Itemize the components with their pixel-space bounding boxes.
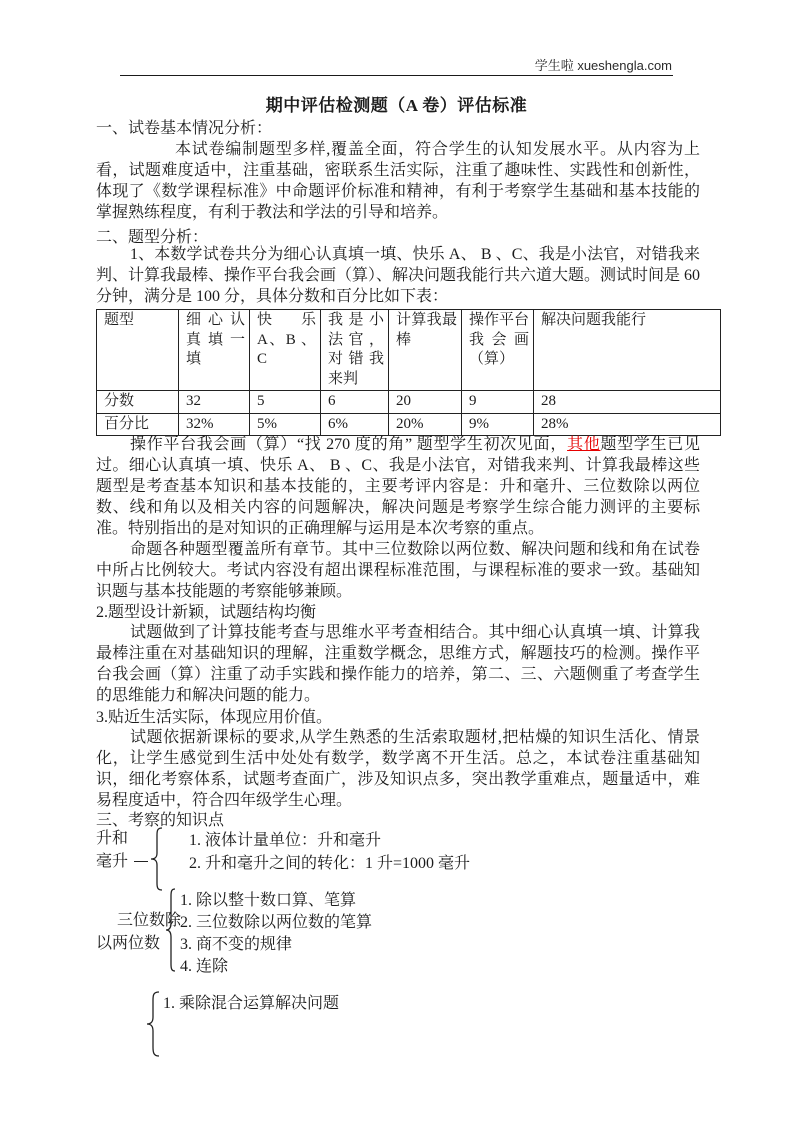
table-cell: 32 — [179, 391, 250, 414]
document-page: 学生啦 xueshengla.com 期中评估检测题（A 卷）评估标准 一、试卷… — [0, 0, 793, 1122]
brace-icon — [148, 827, 165, 891]
doc-title: 期中评估检测题（A 卷）评估标准 — [0, 91, 793, 116]
paragraph-new-type: 操作平台我会画（算）“找 270 度的角” 题型学生初次见面，其他题型学生已见过… — [96, 434, 700, 539]
knowledge-item: 1. 乘除混合运算解决问题 — [163, 994, 339, 1014]
knowledge-item: 4. 连除 — [180, 957, 228, 977]
table-cell: 20% — [389, 413, 462, 436]
table-row: 百分比 32% 5% 6% 20% 9% 28% — [97, 413, 721, 436]
connector-line — [134, 861, 148, 862]
table-cell: 5 — [250, 391, 321, 414]
score-table: 题型 细心认真填一填 快乐 A、B 、C 我是小法官，对错我来判 计算我最棒 操… — [96, 309, 721, 436]
table-cell: 20 — [389, 391, 462, 414]
knowledge-item: 1. 液体计量单位：升和毫升 — [189, 831, 381, 851]
brace-icon — [143, 991, 162, 1057]
highlighted-text: 其他 — [567, 436, 600, 453]
table-header-cell: 题型 — [97, 310, 179, 391]
subheading-life: 3.贴近生活实际，体现应用价值。 — [96, 707, 700, 728]
table-cell: 32% — [179, 413, 250, 436]
site-watermark: 学生啦 xueshengla.com — [0, 55, 672, 74]
table-cell: 5% — [250, 413, 321, 436]
knowledge-label: 升和 — [96, 829, 128, 849]
paragraph-coverage: 命题各种题型覆盖所有章节。其中三位数除以两位数、解决问题和线和角在试卷中所占比例… — [96, 539, 700, 602]
row-label: 百分比 — [97, 413, 179, 436]
table-header-cell: 操作平台我会画（算） — [462, 310, 534, 391]
table-cell: 6 — [321, 391, 389, 414]
table-cell: 28 — [534, 391, 721, 414]
header-rule — [120, 75, 673, 76]
paragraph-structure: 1、本数学试卷共分为细心认真填一填、快乐 A、 B 、C、我是小法官，对错我来判… — [96, 244, 700, 307]
knowledge-item: 3. 商不变的规律 — [180, 935, 292, 955]
section-heading-1: 一、试卷基本情况分析： — [96, 118, 700, 139]
table-header-cell: 计算我最棒 — [389, 310, 462, 391]
knowledge-item: 2. 升和毫升之间的转化：1 升=1000 毫升 — [189, 854, 470, 874]
paragraph-life: 试题依据新课标的要求,从学生熟悉的生活索取题材,把枯燥的知识生活化、情景化，让学… — [96, 727, 700, 811]
subheading-design: 2.题型设计新颖，试题结构均衡 — [96, 602, 700, 623]
table-cell: 6% — [321, 413, 389, 436]
table-header-cell: 解决问题我能行 — [534, 310, 721, 391]
knowledge-item: 2. 三位数除以两位数的笔算 — [180, 913, 372, 933]
text-segment: 操作平台我会画（算）“找 270 度的角” 题型学生初次见面， — [130, 436, 567, 453]
table-row: 分数 32 5 6 20 9 28 — [97, 391, 721, 414]
table-header-row: 题型 细心认真填一填 快乐 A、B 、C 我是小法官，对错我来判 计算我最棒 操… — [97, 310, 721, 391]
table-header-cell: 快乐 A、B 、C — [250, 310, 321, 391]
table-header-cell: 我是小法官，对错我来判 — [321, 310, 389, 391]
row-label: 分数 — [97, 391, 179, 414]
table-header-cell: 细心认真填一填 — [179, 310, 250, 391]
table-cell: 9 — [462, 391, 534, 414]
knowledge-item: 1. 除以整十数口算、笔算 — [180, 891, 356, 911]
knowledge-label: 毫升 — [96, 852, 128, 872]
knowledge-label: 以两位数 — [96, 934, 160, 954]
paragraph-overview: 本试卷编制题型多样,覆盖全面，符合学生的认知发展水平。从内容为上看，试题难度适中… — [96, 139, 700, 223]
paragraph-design: 试题做到了计算技能考查与思维水平考查相结合。其中细心认真填一填、计算我最棒注重在… — [96, 622, 700, 706]
brace-icon — [163, 888, 178, 972]
table-cell: 28% — [534, 413, 721, 436]
section-heading-3: 三、考察的知识点 — [96, 810, 700, 831]
table-cell: 9% — [462, 413, 534, 436]
